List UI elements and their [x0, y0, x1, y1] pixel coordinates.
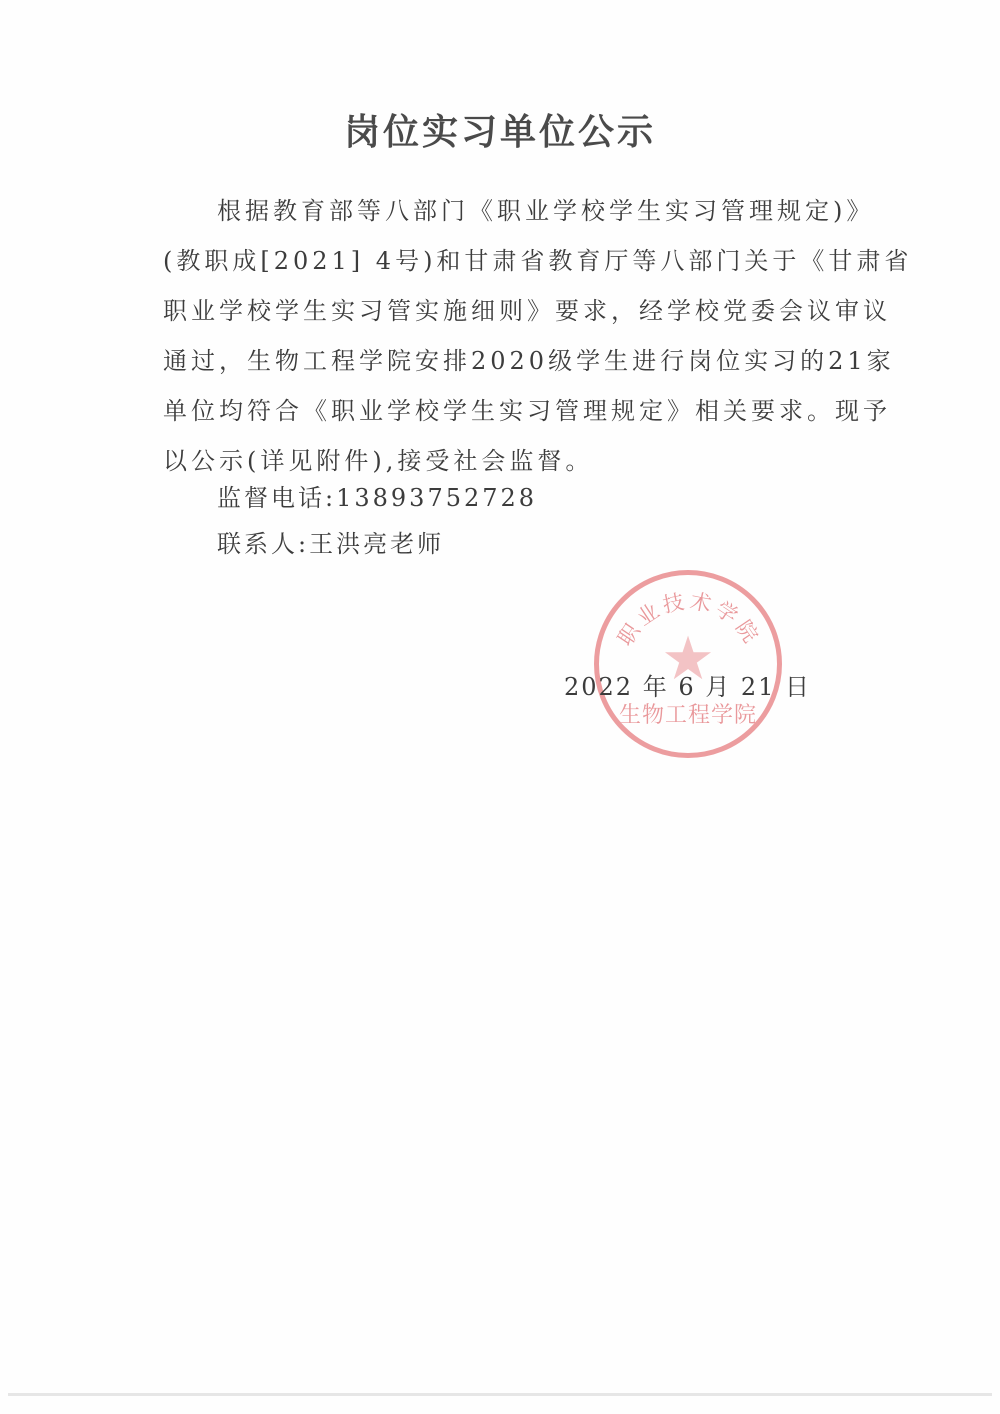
paragraph-line-1-text: 根据教育部等八部门《职业学校学生实习管理规定)》: [217, 197, 874, 225]
contact-label: 联系人:: [217, 530, 309, 558]
document-page: 岗位实习单位公示 根据教育部等八部门《职业学校学生实习管理规定)》 (教职成[2…: [0, 0, 1000, 1414]
paragraph-line-1: 根据教育部等八部门《职业学校学生实习管理规定)》: [163, 186, 863, 236]
official-seal: 职业技术学院 ★ 生物工程学院: [594, 570, 782, 758]
contact-person: 联系人:王洪亮老师: [217, 524, 444, 559]
phone-number: 13893752728: [336, 484, 537, 512]
phone-label: 监督电话:: [217, 484, 336, 512]
paragraph-line-5: 单位均符合《职业学校学生实习管理规定》相关要求。现予: [163, 386, 863, 436]
supervision-phone: 监督电话:13893752728: [217, 478, 537, 513]
contact-name: 王洪亮老师: [309, 530, 444, 558]
issue-date: 2022 年 6 月 21 日: [564, 667, 811, 702]
paragraph-line-4: 通过，生物工程学院安排2020级学生进行岗位实习的21家: [163, 336, 863, 386]
seal-bottom-text: 生物工程学院: [599, 698, 777, 729]
paragraph-line-3: 职业学校学生实习管实施细则》要求，经学校党委会议审议: [163, 286, 863, 336]
page-bottom-edge: [8, 1393, 992, 1396]
paragraph-line-2: (教职成[2021] 4号)和甘肃省教育厅等八部门关于《甘肃省: [163, 236, 863, 286]
announcement-body: 根据教育部等八部门《职业学校学生实习管理规定)》 (教职成[2021] 4号)和…: [163, 186, 863, 486]
page-title: 岗位实习单位公示: [0, 104, 1000, 155]
